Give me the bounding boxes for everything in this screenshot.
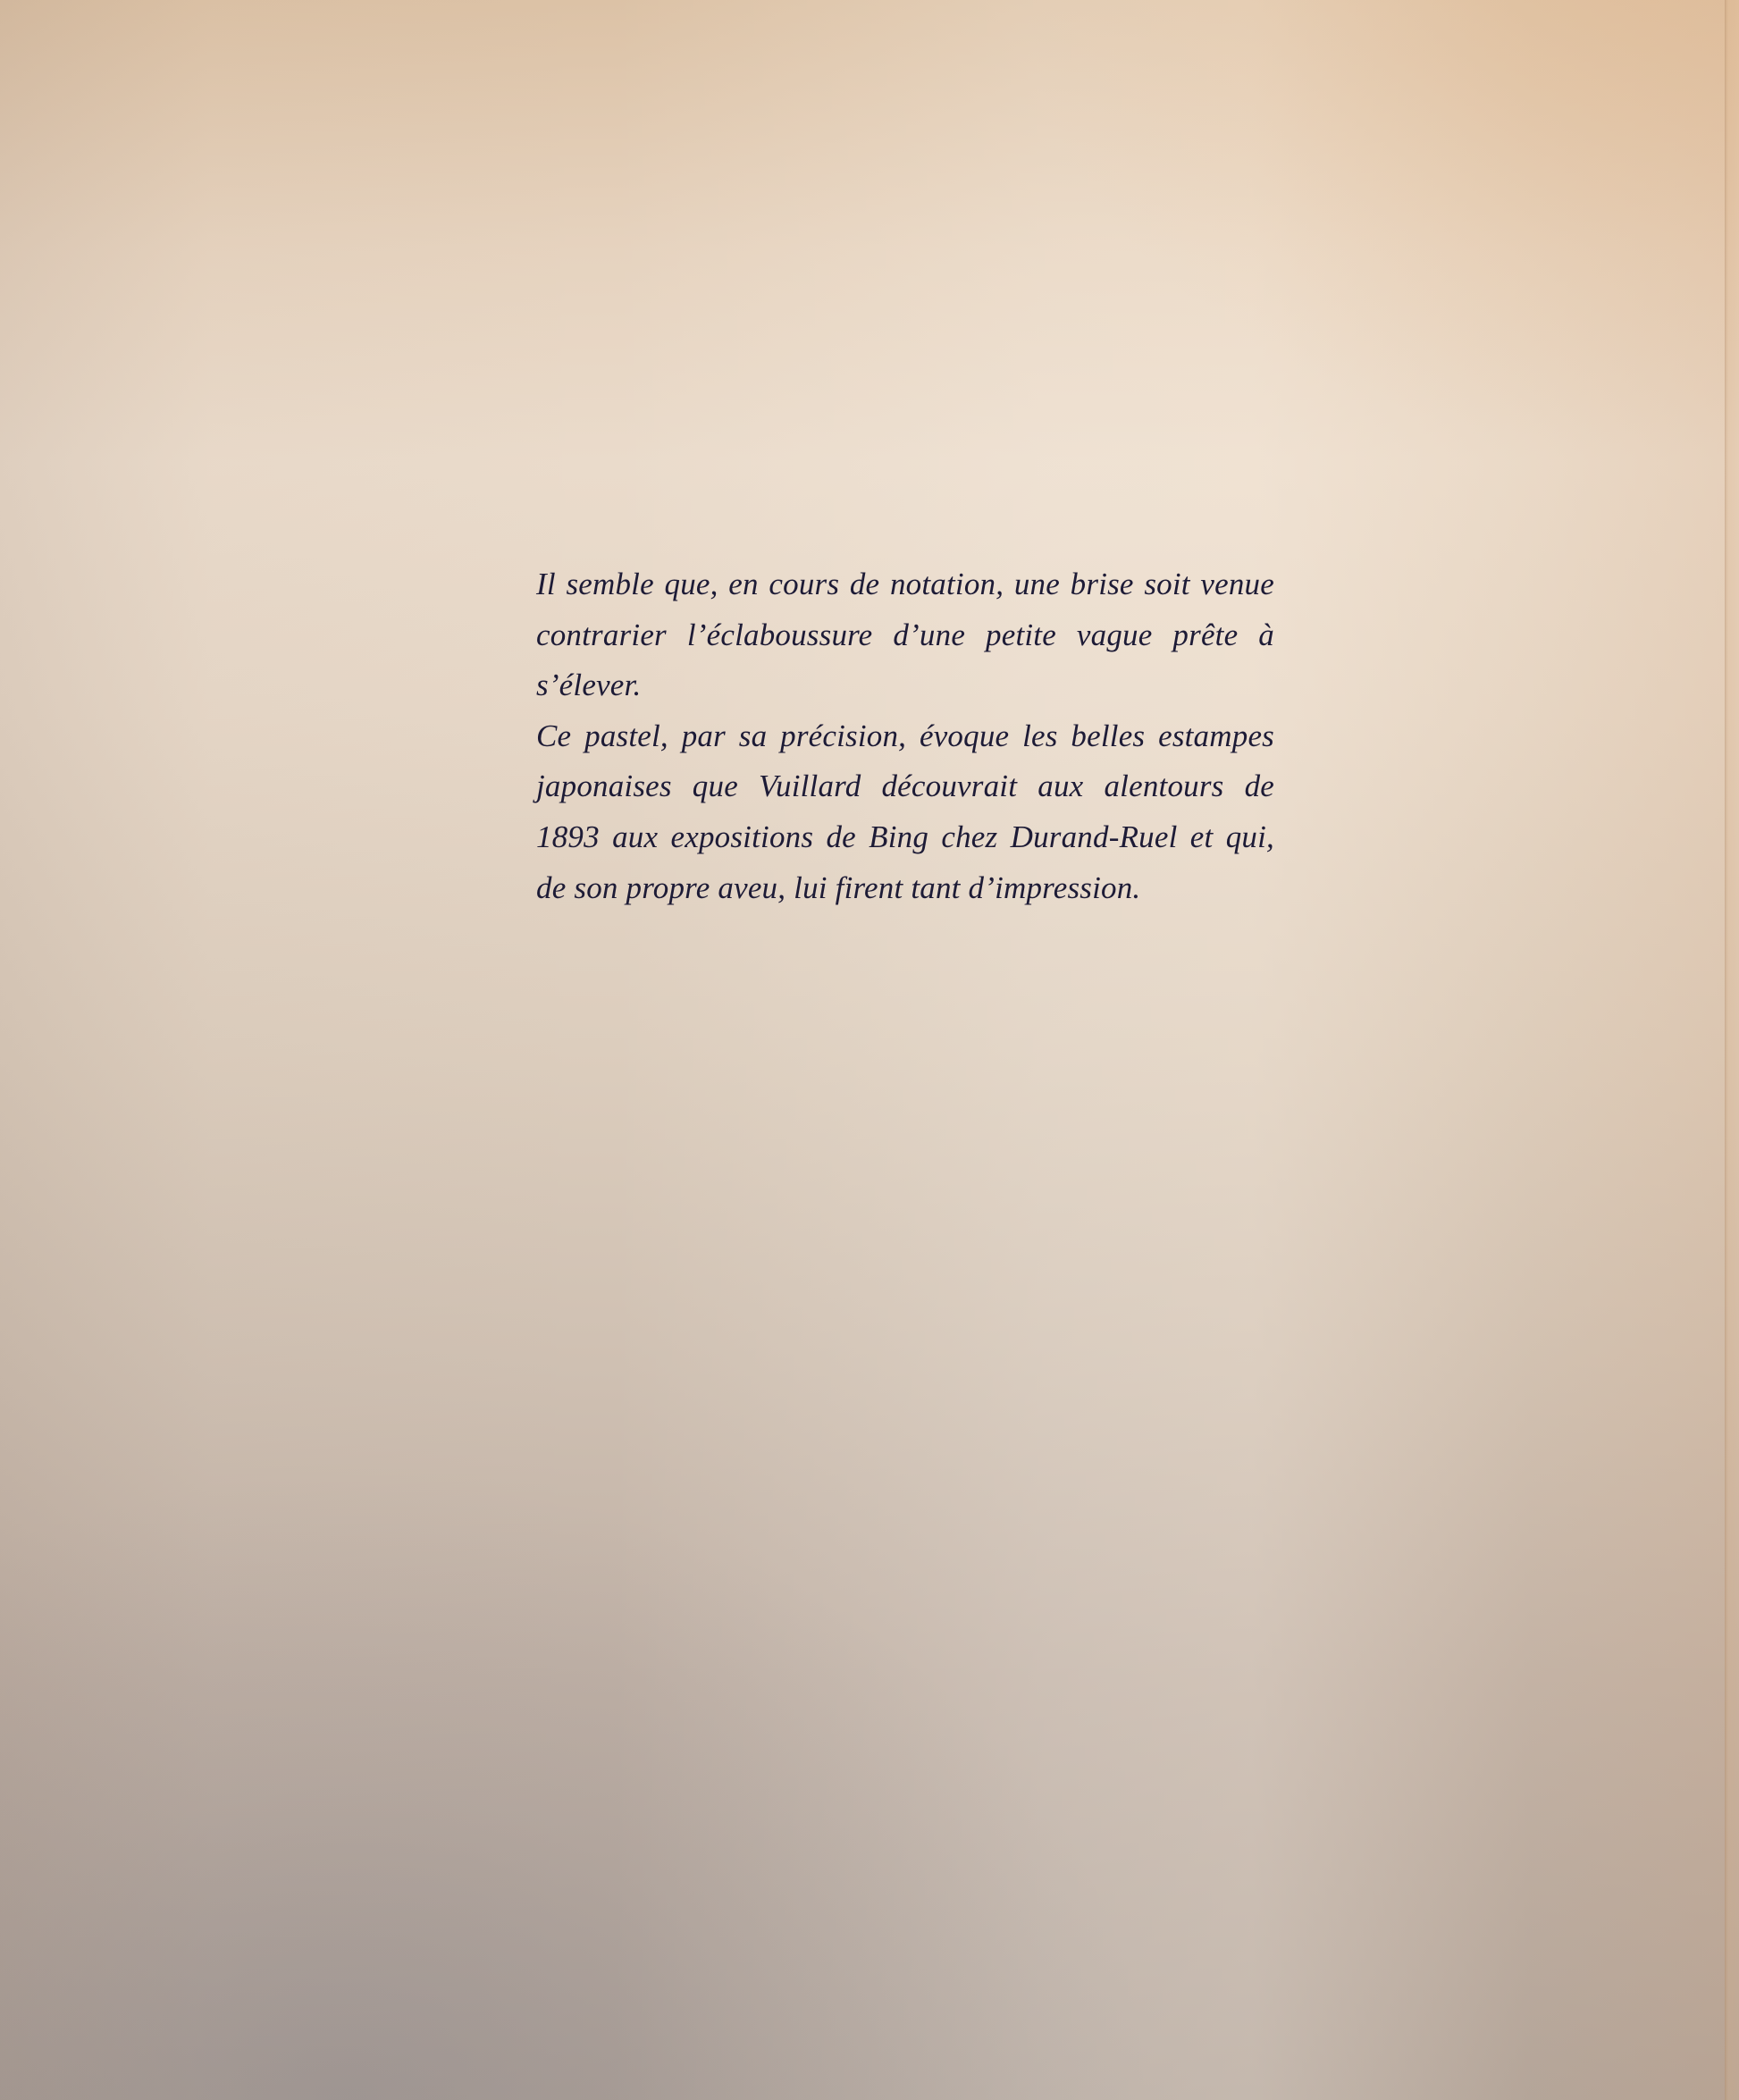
paragraph-2: Ce pastel, par sa précision, évoque les … — [536, 711, 1274, 913]
text-line: Ce pastel, par sa précision, évoque les … — [536, 711, 1274, 762]
text-line: de son propre aveu, lui firent tant d’im… — [536, 863, 1274, 914]
text-line: contrarier l’éclaboussure d’une petite v… — [536, 610, 1274, 661]
text-line: Il semble que, en cours de notation, une… — [536, 559, 1274, 610]
text-line: s’élever. — [536, 660, 1274, 711]
book-page: Il semble que, en cours de notation, une… — [0, 0, 1739, 2100]
page-edge — [1725, 0, 1739, 2100]
text-line: 1893 aux expositions de Bing chez Durand… — [536, 812, 1274, 863]
text-line: japonaises que Vuillard découvrait aux a… — [536, 761, 1274, 812]
paragraph-1: Il semble que, en cours de notation, une… — [536, 559, 1274, 711]
caption-text-block: Il semble que, en cours de notation, une… — [536, 559, 1274, 913]
